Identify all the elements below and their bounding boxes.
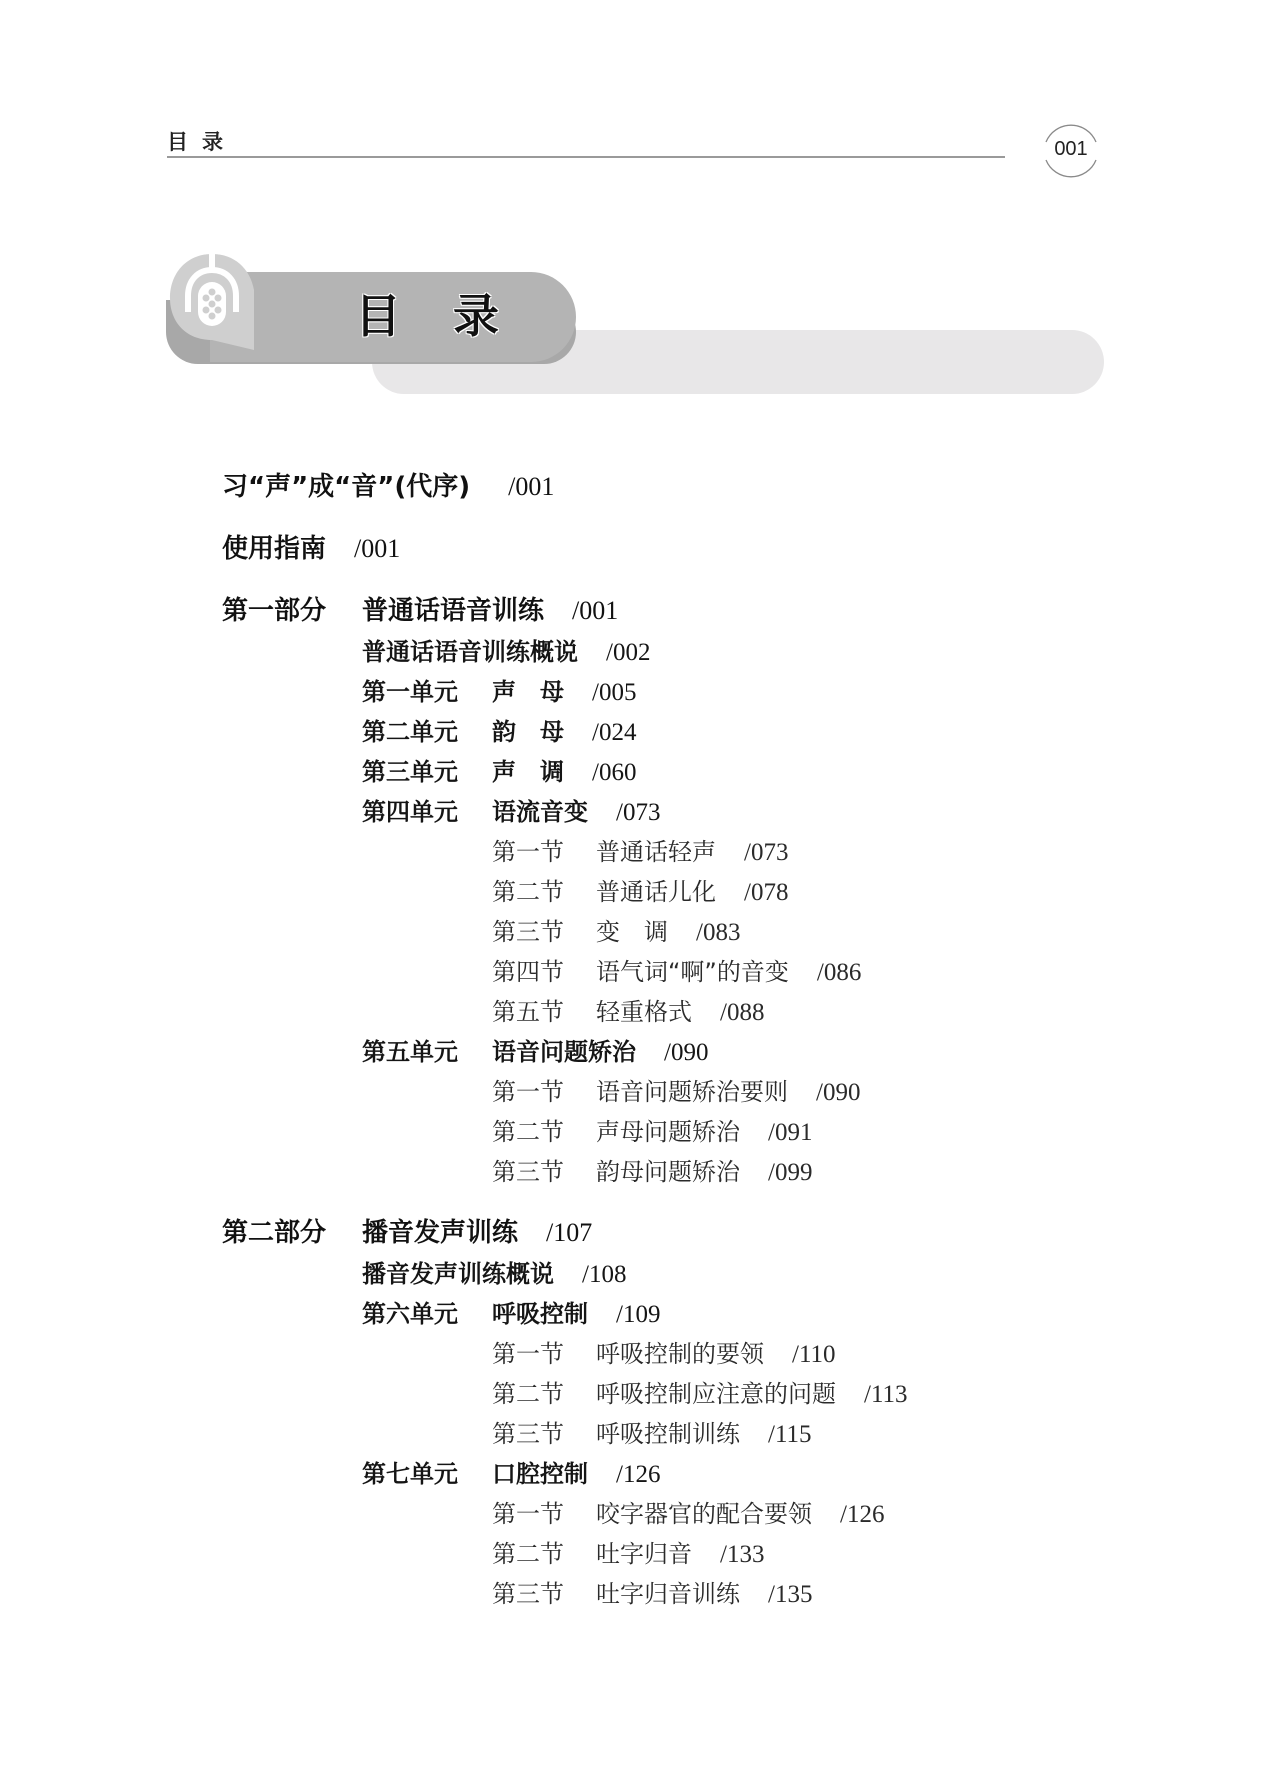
- toc-section[interactable]: 第二节 呼吸控制应注意的问题 /113: [492, 1374, 908, 1409]
- toc-section-label: 第三节: [492, 1414, 596, 1449]
- toc-unit-title: 韵母: [492, 712, 588, 747]
- toc-unit-title: 语音问题矫治: [492, 1032, 636, 1067]
- toc-section-title: 变调: [596, 912, 692, 947]
- toc-section[interactable]: 第三节 韵母问题矫治 /099: [492, 1152, 812, 1187]
- running-header-title: 目录: [167, 126, 237, 156]
- toc-unit-label: 第七单元: [362, 1454, 492, 1489]
- toc-unit[interactable]: 第七单元 口腔控制 /126: [362, 1454, 660, 1489]
- toc-part-label: 第一部分: [222, 590, 362, 627]
- toc-section-title: 呼吸控制训练: [596, 1414, 740, 1449]
- toc-entry-page: /135: [768, 1581, 812, 1609]
- header-rule: [167, 156, 1005, 158]
- toc-section[interactable]: 第二节 声母问题矫治 /091: [492, 1112, 812, 1147]
- toc-entry-page: /002: [606, 639, 650, 667]
- toc-entry-page: /083: [696, 919, 740, 947]
- toc-entry-title: 习“声”成“音”(代序): [222, 466, 470, 503]
- toc-section-label: 第三节: [492, 912, 596, 947]
- toc-unit-label: 第一单元: [362, 672, 492, 707]
- toc-section-label: 第三节: [492, 1152, 596, 1187]
- toc-entry-page: /115: [768, 1421, 812, 1449]
- toc-section[interactable]: 第三节 变调 /083: [492, 912, 740, 947]
- toc-section-title: 呼吸控制应注意的问题: [596, 1374, 836, 1409]
- page-number: 001: [1040, 138, 1102, 161]
- toc-unit[interactable]: 第三单元 声调 /060: [362, 752, 636, 787]
- toc-unit-title: 口腔控制: [492, 1454, 588, 1489]
- toc-unit[interactable]: 第五单元 语音问题矫治 /090: [362, 1032, 708, 1067]
- toc-entry-page: /126: [616, 1461, 660, 1489]
- toc-section-label: 第二节: [492, 1534, 596, 1569]
- toc-section-title: 普通话儿化: [596, 872, 716, 907]
- toc-section-title: 韵母问题矫治: [596, 1152, 740, 1187]
- toc-entry-page: /024: [592, 719, 636, 747]
- toc-entry-page: /073: [616, 799, 660, 827]
- toc-section-label: 第五节: [492, 992, 596, 1027]
- toc-entry-page: /107: [546, 1218, 592, 1248]
- toc-unit-title: 呼吸控制: [492, 1294, 588, 1329]
- toc-part[interactable]: 第一部分 普通话语音训练 /001: [222, 590, 618, 627]
- toc-section-title: 咬字器官的配合要领: [596, 1494, 812, 1529]
- toc-unit[interactable]: 第六单元 呼吸控制 /109: [362, 1294, 660, 1329]
- toc-entry-title: 播音发声训练概说: [362, 1254, 554, 1289]
- toc-section-label: 第一节: [492, 1494, 596, 1529]
- toc-unit-title: 声母: [492, 672, 588, 707]
- toc-unit[interactable]: 第四单元 语流音变 /073: [362, 792, 660, 827]
- toc-entry-page: /108: [582, 1261, 626, 1289]
- toc-entry-title: 使用指南: [222, 528, 326, 565]
- toc-part-title: 播音发声训练: [362, 1212, 518, 1249]
- toc-section[interactable]: 第一节 呼吸控制的要领 /110: [492, 1334, 836, 1369]
- toc-overview[interactable]: 播音发声训练概说 /108: [362, 1254, 626, 1289]
- toc-entry-page: /060: [592, 759, 636, 787]
- toc-section[interactable]: 第三节 呼吸控制训练 /115: [492, 1414, 812, 1449]
- toc-section[interactable]: 第三节 吐字归音训练 /135: [492, 1574, 812, 1609]
- toc-section-title: 吐字归音: [596, 1534, 692, 1569]
- toc-entry-page: /005: [592, 679, 636, 707]
- toc-part[interactable]: 第二部分 播音发声训练 /107: [222, 1212, 592, 1249]
- toc-entry-page: /091: [768, 1119, 812, 1147]
- toc-entry-page: /133: [720, 1541, 764, 1569]
- toc-unit-title: 声调: [492, 752, 588, 787]
- toc-part-title: 普通话语音训练: [362, 590, 544, 627]
- toc-part-label: 第二部分: [222, 1212, 362, 1249]
- toc-section-label: 第一节: [492, 1334, 596, 1369]
- toc-section-label: 第二节: [492, 1374, 596, 1409]
- toc-entry-page: /090: [816, 1079, 860, 1107]
- toc-section[interactable]: 第一节 语音问题矫治要则 /090: [492, 1072, 860, 1107]
- page-number-badge: 001: [1040, 120, 1102, 182]
- toc-section-label: 第三节: [492, 1574, 596, 1609]
- toc-section-title: 语气词“啊”的音变: [596, 952, 789, 987]
- toc-section-label: 第二节: [492, 872, 596, 907]
- toc-entry-page: /001: [354, 534, 400, 564]
- toc-section-title: 轻重格式: [596, 992, 692, 1027]
- toc-unit-label: 第四单元: [362, 792, 492, 827]
- toc-section-label: 第二节: [492, 1112, 596, 1147]
- toc-entry-page: /088: [720, 999, 764, 1027]
- toc-entry-page: /109: [616, 1301, 660, 1329]
- toc-section-title: 语音问题矫治要则: [596, 1072, 788, 1107]
- toc-entry-page: /086: [817, 959, 861, 987]
- toc-section-label: 第四节: [492, 952, 596, 987]
- toc-section[interactable]: 第二节 普通话儿化 /078: [492, 872, 788, 907]
- toc-section-title: 吐字归音训练: [596, 1574, 740, 1609]
- toc-section[interactable]: 第五节 轻重格式 /088: [492, 992, 764, 1027]
- page-title: 目录: [355, 280, 551, 346]
- toc-section[interactable]: 第一节 咬字器官的配合要领 /126: [492, 1494, 884, 1529]
- microphone-icon: [166, 250, 258, 352]
- toc-section-label: 第一节: [492, 832, 596, 867]
- toc-entry-page: /110: [792, 1341, 836, 1369]
- toc-entry-preface[interactable]: 习“声”成“音”(代序) /001: [222, 466, 554, 503]
- toc-entry-guide[interactable]: 使用指南 /001: [222, 528, 400, 565]
- toc-entry-title: 普通话语音训练概说: [362, 632, 578, 667]
- toc-unit-label: 第六单元: [362, 1294, 492, 1329]
- toc-entry-page: /073: [744, 839, 788, 867]
- toc-entry-page: /001: [508, 472, 554, 502]
- toc-entry-page: /001: [572, 596, 618, 626]
- toc-section-title: 普通话轻声: [596, 832, 716, 867]
- toc-entry-page: /090: [664, 1039, 708, 1067]
- toc-section[interactable]: 第二节 吐字归音 /133: [492, 1534, 764, 1569]
- toc-unit[interactable]: 第一单元 声母 /005: [362, 672, 636, 707]
- toc-unit[interactable]: 第二单元 韵母 /024: [362, 712, 636, 747]
- toc-section[interactable]: 第四节 语气词“啊”的音变 /086: [492, 952, 861, 987]
- toc-unit-label: 第三单元: [362, 752, 492, 787]
- toc-unit-title: 语流音变: [492, 792, 588, 827]
- toc-section[interactable]: 第一节 普通话轻声 /073: [492, 832, 788, 867]
- toc-entry-page: /126: [840, 1501, 884, 1529]
- toc-section-label: 第一节: [492, 1072, 596, 1107]
- toc-unit-label: 第五单元: [362, 1032, 492, 1067]
- toc-section-title: 声母问题矫治: [596, 1112, 740, 1147]
- toc-entry-page: /113: [864, 1381, 908, 1409]
- toc-entry-page: /078: [744, 879, 788, 907]
- toc-overview[interactable]: 普通话语音训练概说 /002: [362, 632, 650, 667]
- toc-entry-page: /099: [768, 1159, 812, 1187]
- toc-section-title: 呼吸控制的要领: [596, 1334, 764, 1369]
- toc-unit-label: 第二单元: [362, 712, 492, 747]
